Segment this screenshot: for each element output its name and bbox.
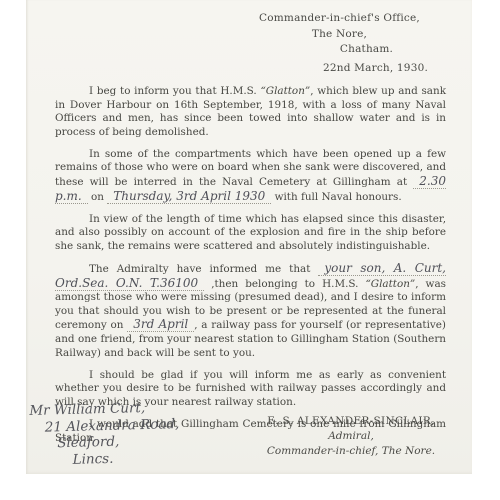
paragraph-2: In some of the compartments which have b… <box>55 148 446 204</box>
letterhead-office: Commander-in-chief's Office, <box>252 11 427 27</box>
p2-text-c: with full Naval honours. <box>275 191 402 203</box>
ship-name: “Glatton” <box>365 278 415 290</box>
paragraph-1: I beg to inform you that H.M.S. “Glatton… <box>55 85 446 139</box>
handwritten-ceremony-date: 3rd April <box>127 317 194 332</box>
letter-date: 22nd March, 1930. <box>288 61 463 77</box>
letterhead: Commander-in-chief's Office, The Nore, C… <box>252 11 427 76</box>
signatory-name: E. S. ALEXANDER-SINCLAIR, <box>262 414 440 429</box>
p3-text: In view of the length of time which has … <box>55 213 446 252</box>
letterhead-place: The Nore, <box>252 27 427 43</box>
signatory-rank: Admiral, <box>262 429 440 444</box>
p2-text-b: on <box>91 191 104 203</box>
paragraph-3: In view of the length of time which has … <box>55 213 446 254</box>
signature-block: E. S. ALEXANDER-SINCLAIR, Admiral, Comma… <box>262 414 440 459</box>
p4-text-b: ,then belonging to H.M.S. <box>211 278 358 290</box>
paragraph-4: The Admiralty have informed me that your… <box>55 262 446 360</box>
recipient-address: Mr William Curt, 21 Alexandra Road, Slea… <box>29 399 180 469</box>
handwritten-funeral-date: Thursday, 3rd April 1930 <box>107 189 271 204</box>
ship-name: “Glatton” <box>260 85 310 97</box>
p1-text-a: I beg to inform you that H.M.S. <box>89 85 257 97</box>
recipient-street: 21 Alexandra Road, <box>45 416 180 436</box>
letterhead-town: Chatham. <box>279 42 454 58</box>
recipient-county: Lincs. <box>72 449 180 468</box>
signatory-title: Commander-in-chief, The Nore. <box>262 444 440 459</box>
letter-body: I beg to inform you that H.M.S. “Glatton… <box>55 85 446 454</box>
p2-text-a: In some of the compartments which have b… <box>55 148 446 188</box>
p4-text-a: The Admiralty have informed me that <box>89 263 310 275</box>
